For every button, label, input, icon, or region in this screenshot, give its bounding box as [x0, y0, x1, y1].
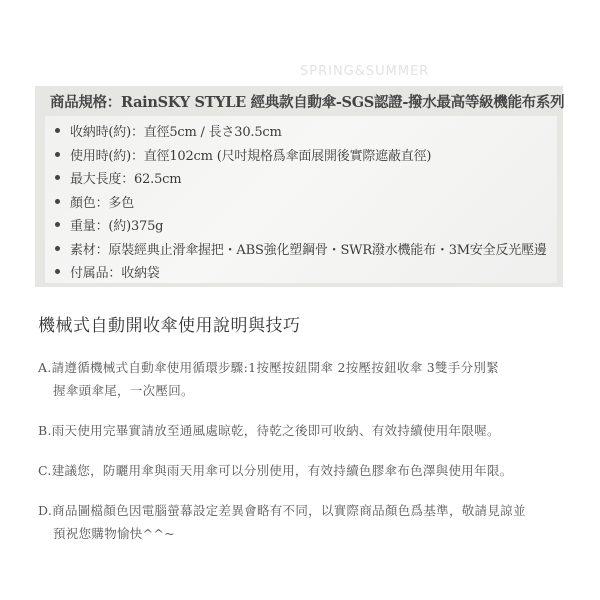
bullet-icon — [55, 128, 60, 133]
spec-item-text: 顏色：多色 — [70, 192, 134, 211]
usage-item-b: B.雨天使用完畢實請放至通風處晾乾，待乾之後即可收納、有效持續使用年限喔。 — [38, 419, 568, 442]
bullet-icon — [55, 175, 60, 180]
usage-item-text: B.雨天使用完畢實請放至通風處晾乾，待乾之後即可收納、有效持續使用年限喔。 — [38, 423, 500, 438]
spec-list-box: 收納時(約)：直徑5cm / 長さ30.5cm 使用時(約)：直徑102cm (… — [45, 116, 557, 283]
bullet-icon — [55, 269, 60, 274]
spec-item-material: 素材：原裝經典止滑傘握把・ABS強化塑鋼骨・SWR潑水機能布・3M安全反光壓邊 — [53, 237, 547, 261]
spec-item-text: 最大長度：62.5cm — [70, 168, 181, 187]
spec-item-storage-size: 收納時(約)：直徑5cm / 長さ30.5cm — [53, 119, 547, 143]
usage-item-continuation: 預祝您購物愉快^^~ — [38, 522, 568, 545]
usage-title: 機械式自動開收傘使用說明與技巧 — [38, 311, 568, 336]
usage-item-a: A.請遵循機械式自動傘使用循環步驟:1按壓按鈕開傘 2按壓按鈕收傘 3雙手分別緊… — [38, 356, 568, 402]
spec-item-weight: 重量：(約)375g — [53, 213, 547, 237]
usage-item-c: C.建議您，防曬用傘與雨天用傘可以分別使用，有效持續色膠傘布色澤與使用年限。 — [38, 459, 568, 482]
spec-item-text: 付属品：收納袋 — [70, 262, 160, 281]
usage-item-text: D.商品圖檔顏色因電腦螢幕設定差異會略有不同，以實際商品顏色爲基準，敬請見諒並 — [38, 503, 526, 518]
spec-item-text: 使用時(約)：直徑102cm (尺吋規格爲傘面展開後實際遮蔽直徑) — [70, 145, 431, 164]
bullet-icon — [55, 246, 60, 251]
spec-item-color: 顏色：多色 — [53, 190, 547, 214]
usage-item-text: A.請遵循機械式自動傘使用循環步驟:1按壓按鈕開傘 2按壓按鈕收傘 3雙手分別緊 — [38, 360, 499, 375]
bullet-icon — [55, 152, 60, 157]
usage-item-continuation: 握傘頭傘尾，一次壓回。 — [38, 379, 568, 402]
spec-item-max-length: 最大長度：62.5cm — [53, 166, 547, 190]
spec-list: 收納時(約)：直徑5cm / 長さ30.5cm 使用時(約)：直徑102cm (… — [53, 119, 547, 284]
brand-watermark: SPRING&SUMMER — [300, 64, 429, 79]
spec-title: 商品規格：RainSKY STYLE 經典款自動傘-SGS認證-撥水最高等級機能… — [50, 91, 564, 112]
spec-item-open-size: 使用時(約)：直徑102cm (尺吋規格爲傘面展開後實際遮蔽直徑) — [53, 143, 547, 167]
spec-item-text: 重量：(約)375g — [70, 215, 163, 234]
usage-item-text: C.建議您，防曬用傘與雨天用傘可以分別使用，有效持續色膠傘布色澤與使用年限。 — [38, 463, 513, 478]
bullet-icon — [55, 199, 60, 204]
spec-item-accessories: 付属品：收納袋 — [53, 260, 547, 284]
spec-item-text: 收納時(約)：直徑5cm / 長さ30.5cm — [70, 121, 282, 140]
usage-section: 機械式自動開收傘使用說明與技巧 A.請遵循機械式自動傘使用循環步驟:1按壓按鈕開… — [38, 311, 568, 545]
spec-item-text: 素材：原裝經典止滑傘握把・ABS強化塑鋼骨・SWR潑水機能布・3M安全反光壓邊 — [70, 239, 547, 258]
spec-panel: 商品規格：RainSKY STYLE 經典款自動傘-SGS認證-撥水最高等級機能… — [35, 86, 563, 287]
bullet-icon — [55, 222, 60, 227]
usage-item-d: D.商品圖檔顏色因電腦螢幕設定差異會略有不同，以實際商品顏色爲基準，敬請見諒並 … — [38, 499, 568, 545]
